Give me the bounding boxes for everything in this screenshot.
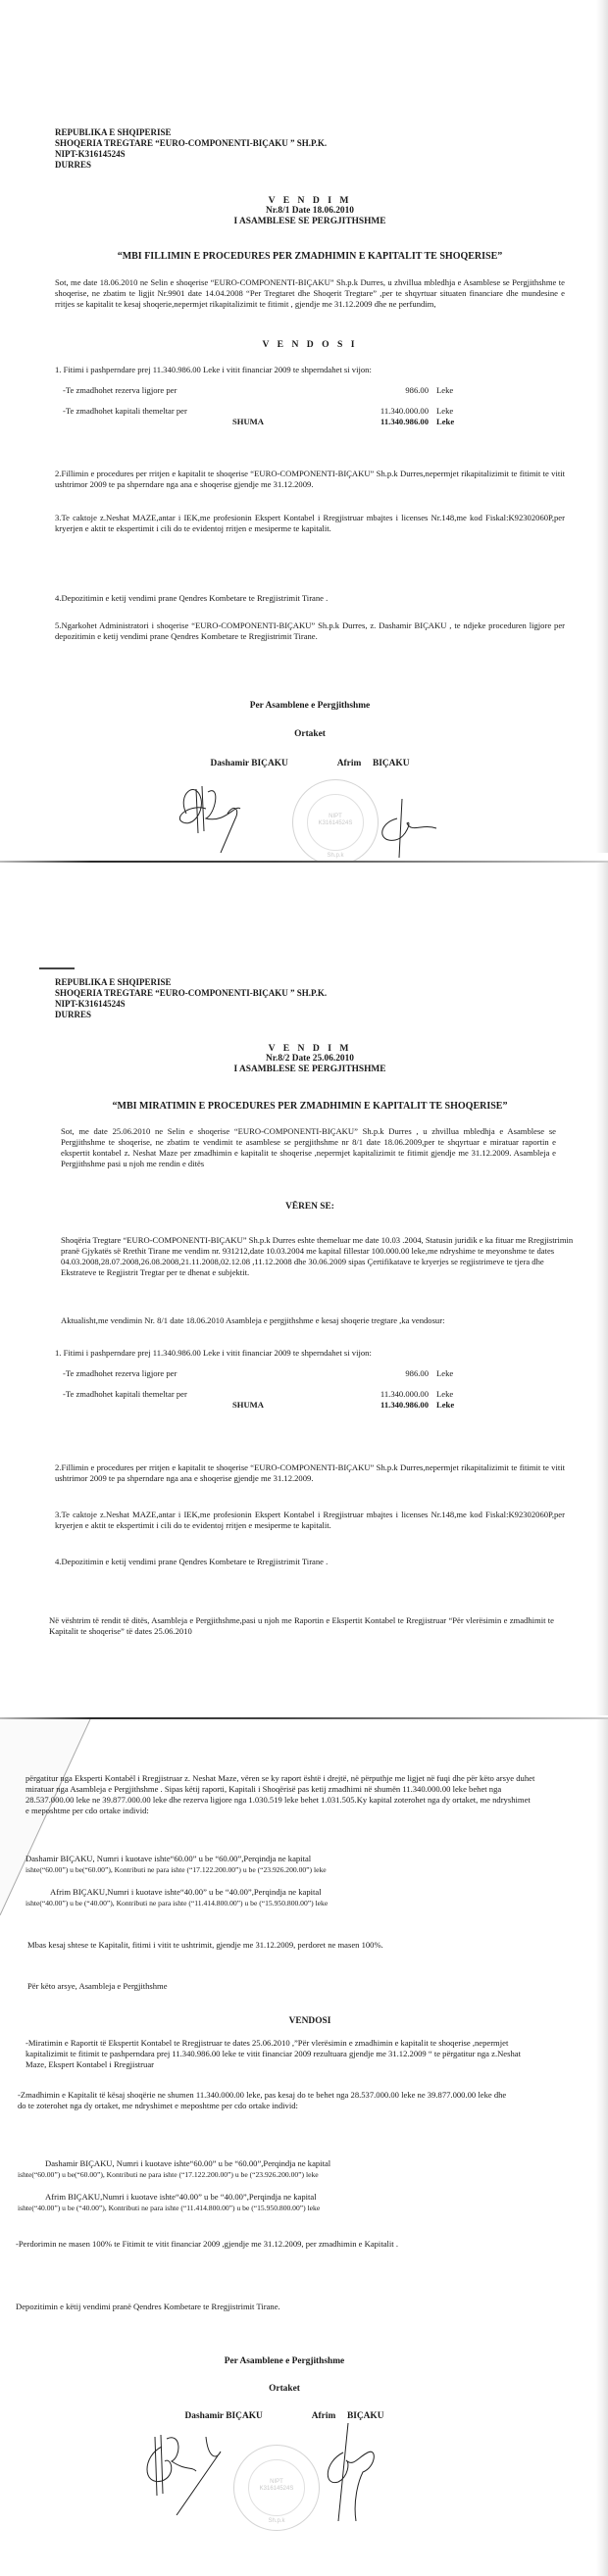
doc2-subject: “MBI MIRATIMIN E PROCEDURES PER ZMADHIMI… xyxy=(55,1101,565,1112)
doc2-letterhead: REPUBLIKA E SHQIPERISE SHOQERIA TREGTARE… xyxy=(55,977,565,1020)
letterhead-company: SHOQERIA TREGTARE “EURO-COMPONENTI-BIÇAK… xyxy=(55,138,565,149)
letterhead-city: DURRES xyxy=(55,1010,565,1020)
partner-change-line: Afrim BIÇAKU,Numri i kuotave ishte“40.00… xyxy=(25,1887,545,1898)
doc2-review-para: Në vështrim të rendit të ditës, Asamblej… xyxy=(49,1615,554,1637)
partner-change-line: Afrim BIÇAKU,Numri i kuotave ishte“40.00… xyxy=(18,2192,537,2203)
doc1-subject: “MBI FILLIMIN E PROCEDURES PER ZMADHIMIN… xyxy=(55,251,565,262)
doc1-item-3: 3.Te caktoje z.Neshat MAZE,antar i IEK,m… xyxy=(55,513,565,534)
allocation-total: SHUMA 11.340.986.00 Leke xyxy=(55,417,565,427)
signatory-name: Dashamir BIÇAKU xyxy=(185,2411,263,2422)
doc1-signatories: Dashamir BIÇAKU Afrim BIÇAKU xyxy=(55,759,565,769)
assembly-label: I ASAMBLESE SE PERGJITHSHME xyxy=(55,217,565,227)
letterhead-city: DURRES xyxy=(55,160,565,171)
signatory-name: Afrim BIÇAKU xyxy=(312,2411,384,2422)
doc2-notes-para: Shoqëria Tregtare “EURO-COMPONENTI-BIÇAK… xyxy=(61,1235,581,1278)
signatory-name: Dashamir BIÇAKU xyxy=(211,759,288,769)
doc3-report-para: përgatitur nga Eksperti Kontabël i Rregj… xyxy=(25,1773,535,1816)
signature-dashamir xyxy=(167,774,275,853)
allocation-row: -Te zmadhohet rezerva ligjore per 986.00… xyxy=(55,385,565,396)
company-stamp: NIPT K31614524S Sh.p.k xyxy=(292,779,379,866)
item-1-text: 1. Fitimi i pashperndare prej 11.340.986… xyxy=(55,1348,565,1359)
doc3-reasons: Për këto arsye, Asambleja e Pergjithshme xyxy=(27,1981,537,1992)
doc3-partners-label: Ortaket xyxy=(29,2384,539,2395)
doc1-item-1: 1. Fitimi i pashperndare prej 11.340.986… xyxy=(55,365,565,427)
item-1-text: 1. Fitimi i pashperndare prej 11.340.986… xyxy=(55,365,565,375)
letterhead-company: SHOQERIA TREGTARE “EURO-COMPONENTI-BIÇAK… xyxy=(55,988,565,999)
doc3-partner-changes: Dashamir BIÇAKU, Numri i kuotave ishte“6… xyxy=(25,1854,545,1908)
doc2-current-para: Aktualisht,me vendimin Nr. 8/1 date 18.0… xyxy=(61,1315,512,1326)
doc2-item-1: 1. Fitimi i pashperndare prej 11.340.986… xyxy=(55,1348,565,1411)
partner-change-line: Dashamir BIÇAKU, Numri i kuotave ishte“6… xyxy=(18,2158,537,2169)
decision-number: Nr.8/2 Date 25.06.2010 xyxy=(55,1054,565,1065)
doc3-increase-para: -Zmadhimin e Kapitalit të kësaj shoqërie… xyxy=(18,2090,508,2111)
company-stamp: NIPT K31614524S Sh.p.k xyxy=(233,2445,320,2531)
partner-change-line: ishte(“40.00”) u be (“40.00”), Kontribut… xyxy=(25,1898,545,1908)
partner-change-line: ishte(“60.00”) u be(“60.00”), Kontributi… xyxy=(25,1864,545,1875)
doc3-approval-para: -Miratimin e Raportit të Ekspertit Konta… xyxy=(25,2038,521,2070)
doc1-decided: V E N D O S I xyxy=(55,339,565,350)
doc3-after-para: Mbas kesaj shtese te Kapitalit, fitimi i… xyxy=(27,1940,528,1951)
doc2-item-2: 2.Fillimin e procedures per rritjen e ka… xyxy=(55,1462,565,1484)
doc3-partner-changes-2: Dashamir BIÇAKU, Numri i kuotave ishte“6… xyxy=(18,2158,537,2213)
doc3-deposit: Depozitimin e këtij vendimi pranë Qendre… xyxy=(16,2302,526,2312)
doc-title: V E N D I M xyxy=(55,1043,565,1054)
doc1-title-block: V E N D I M Nr.8/1 Date 18.06.2010 I ASA… xyxy=(55,195,565,227)
page-edge xyxy=(596,0,608,853)
signature-dashamir xyxy=(137,2427,245,2515)
page-edge xyxy=(596,1719,608,2576)
allocation-total: SHUMA 11.340.986.00 Leke xyxy=(55,1400,565,1411)
doc3-usage-para: -Perdorimin ne masen 100% te Fitimit te … xyxy=(16,2239,428,2250)
letterhead-country: REPUBLIKA E SHQIPERISE xyxy=(55,977,565,988)
signatory-name: Afrim BIÇAKU xyxy=(337,759,410,769)
doc2-notes-heading: VËREN SE: xyxy=(55,1202,565,1213)
letterhead-nipt: NIPT-K31614524S xyxy=(55,999,565,1010)
doc1-partners-label: Ortaket xyxy=(55,729,565,740)
signature-afrim xyxy=(368,799,446,858)
doc1-intro: Sot, me date 18.06.2010 ne Selin e shoqe… xyxy=(55,277,565,310)
partner-change-line: ishte(“40.00”) u be (“40.00”), Kontribut… xyxy=(18,2203,537,2213)
doc1-item-2: 2.Fillimin e procedures per rritjen e ka… xyxy=(55,469,565,490)
allocation-row: -Te zmadhohet rezerva ligjore per 986.00… xyxy=(55,1368,565,1379)
partner-change-line: Dashamir BIÇAKU, Numri i kuotave ishte“6… xyxy=(25,1854,545,1864)
doc-title: V E N D I M xyxy=(55,195,565,206)
pen-mark xyxy=(39,967,75,969)
assembly-label: I ASAMBLESE SE PERGJITHSHME xyxy=(55,1065,565,1075)
letterhead-country: REPUBLIKA E SHQIPERISE xyxy=(55,127,565,138)
page-edge xyxy=(596,863,608,1715)
partner-change-line: ishte(“60.00”) u be(“60.00”), Kontributi… xyxy=(18,2169,537,2180)
page-1: REPUBLIKA E SHQIPERISE SHOQERIA TREGTARE… xyxy=(0,0,608,853)
doc2-item-3: 3.Te caktoje z.Neshat MAZE,antar i IEK,m… xyxy=(55,1510,565,1531)
doc3-for-assembly: Per Asamblene e Pergjithshme xyxy=(29,2356,539,2367)
allocation-row: -Te zmadhohet kapitali themeltar per 11.… xyxy=(55,406,565,417)
doc3-decided: VENDOSI xyxy=(55,2016,565,2027)
doc2-item-4: 4.Depozitimin e ketij vendimi prane Qend… xyxy=(55,1557,565,1567)
allocation-row: -Te zmadhohet kapitali themeltar per 11.… xyxy=(55,1389,565,1400)
doc1-letterhead: REPUBLIKA E SHQIPERISE SHOQERIA TREGTARE… xyxy=(55,127,565,171)
page-3: përgatitur nga Eksperti Kontabël i Rregj… xyxy=(0,1719,608,2576)
decision-number: Nr.8/1 Date 18.06.2010 xyxy=(55,206,565,217)
doc2-intro: Sot, me date 25.06.2010 ne Selin e shoqe… xyxy=(61,1126,556,1169)
doc1-item-4: 4.Depozitimin e ketij vendimi prane Qend… xyxy=(55,593,565,604)
doc3-signatories: Dashamir BIÇAKU Afrim BIÇAKU xyxy=(29,2411,539,2422)
page-2: REPUBLIKA E SHQIPERISE SHOQERIA TREGTARE… xyxy=(0,863,608,1715)
signature-afrim xyxy=(319,2423,387,2521)
doc1-for-assembly: Per Asamblene e Pergjithshme xyxy=(55,701,565,712)
doc2-title-block: V E N D I M Nr.8/2 Date 25.06.2010 I ASA… xyxy=(55,1043,565,1075)
doc1-item-5: 5.Ngarkohet Administratori i shoqerise “… xyxy=(55,620,565,642)
letterhead-nipt: NIPT-K31614524S xyxy=(55,149,565,160)
